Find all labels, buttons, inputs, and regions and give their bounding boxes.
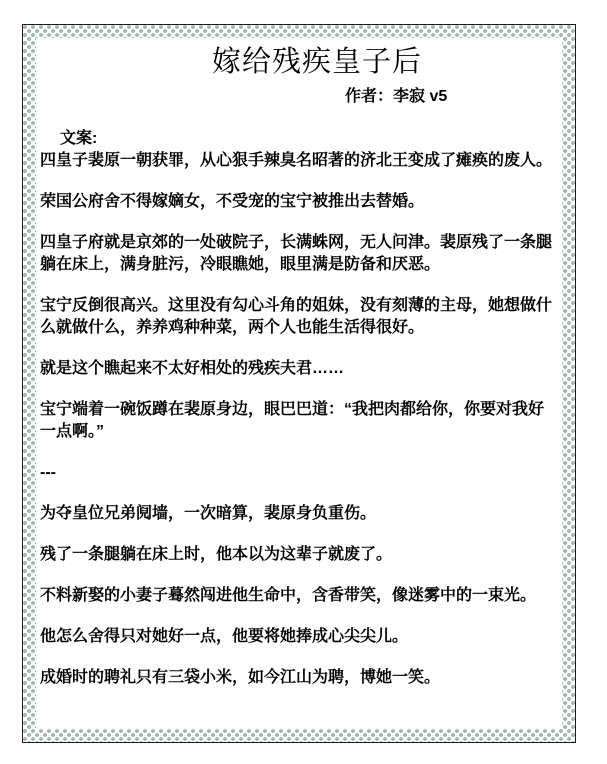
synopsis-paragraph: 四皇子府就是京郊的一处破院子，长满蛛网，无人问津。裴原残了一条腿躺在床上，满身脏… bbox=[40, 232, 556, 276]
author-line: 作者：李寂 v5 bbox=[345, 86, 556, 108]
synopsis-paragraph: 为夺皇位兄弟阋墙，一次暗算，裴原身负重伤。 bbox=[40, 503, 556, 525]
decorative-checkered-border: 嫁给残疾皇子后 作者：李寂 v5 文案: 四皇子裴原一朝获罪，从心狠手辣臭名昭著… bbox=[22, 24, 576, 743]
synopsis-paragraph: 宝宁反倒很高兴。这里没有勾心斗角的姐妹，没有刻薄的主母，她想做什么就做什么，养养… bbox=[40, 295, 556, 339]
synopsis-label: 文案: bbox=[40, 128, 556, 150]
synopsis-paragraph: 不料新娶的小妻子蓦然闯进他生命中，含香带笑，像迷雾中的一束光。 bbox=[40, 585, 556, 607]
synopsis-paragraph: 荣国公府舍不得嫁嫡女，不受宠的宝宁被推出去替婚。 bbox=[40, 191, 556, 213]
synopsis-paragraph: 宝宁端着一碗饭蹲在裴原身边，眼巴巴道：“我把肉都给你，你要对我好一点啊。” bbox=[40, 399, 556, 443]
synopsis-paragraph: 成婚时的聘礼只有三袋小米，如今江山为聘，博她一笑。 bbox=[40, 667, 556, 689]
synopsis-paragraph: 他怎么舍得只对她好一点，他要将她捧成心尖尖儿。 bbox=[40, 626, 556, 648]
synopsis-paragraph: 四皇子裴原一朝获罪，从心狠手辣臭名昭著的济北王变成了瘫痪的废人。 bbox=[40, 150, 556, 172]
novel-title: 嫁给残疾皇子后 bbox=[40, 44, 556, 80]
synopsis-paragraphs: 四皇子裴原一朝获罪，从心狠手辣臭名昭著的济北王变成了瘫痪的废人。荣国公府舍不得嫁… bbox=[40, 150, 556, 689]
synopsis-paragraph: 残了一条腿躺在床上时，他本以为这辈子就废了。 bbox=[40, 544, 556, 566]
synopsis-paragraph: --- bbox=[40, 462, 556, 484]
synopsis-paragraph: 就是这个瞧起来不太好相处的残疾夫君…… bbox=[40, 358, 556, 380]
document-page: 嫁给残疾皇子后 作者：李寂 v5 文案: 四皇子裴原一朝获罪，从心狠手辣臭名昭著… bbox=[36, 38, 562, 729]
